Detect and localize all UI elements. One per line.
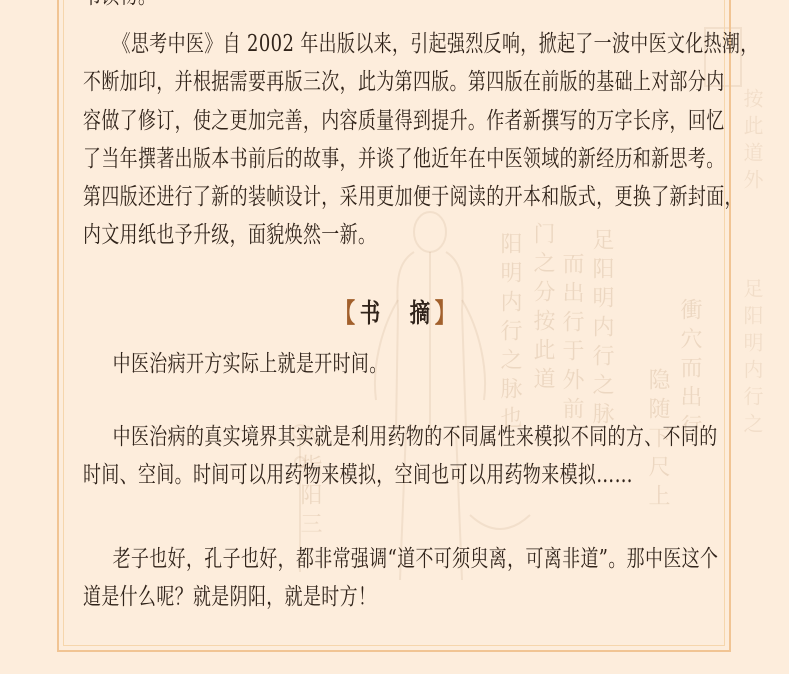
excerpt-quote-line: 时间、空间。时间可以用药物来模拟，空间也可以用药物来模拟…… — [83, 456, 712, 494]
intro-paragraph-line: 不断加印，并根据需要再版三次，此为第四版。第四版在前版的基础上对部分内 — [83, 63, 712, 101]
excerpt-quote-line: 中医治病的真实境界其实就是利用药物的不同属性来模拟不同的方、不同的 — [83, 418, 712, 456]
intro-paragraph-line: 容做了修订，使之更加完善，内容质量得到提升。作者新撰写的万字长序，回忆 — [83, 102, 712, 140]
excerpt-quote-line: 道是什么呢？就是阴阳，就是时方！ — [83, 578, 712, 616]
description-text-layer: 书读物。 《思考中医》自 2002 年出版以来，引起强烈反响，掀起了一波中医文化… — [0, 0, 789, 674]
intro-paragraph-line: 第四版还进行了新的装帧设计，采用更加便于阅读的开本和版式，更换了新封面， — [83, 178, 712, 216]
left-bracket-ornament: 【 — [335, 299, 360, 329]
intro-paragraph: 《思考中医》自 2002 年出版以来，引起强烈反响，掀起了一波中医文化热潮，不断… — [83, 25, 712, 255]
intro-paragraph-line: 内文用纸也予升级，面貌焕然一新。 — [83, 216, 712, 254]
section-header-book-excerpt: 【书 摘】 — [83, 295, 712, 333]
intro-paragraph-line: 了当年撰著出版本书前后的故事，并谈了他近年在中医领域的新经历和新思考。 — [83, 140, 712, 178]
excerpt-quote-1: 中医治病开方实际上就是开时间。 — [83, 345, 712, 383]
intro-paragraph-line: 《思考中医》自 2002 年出版以来，引起强烈反响，掀起了一波中医文化热潮， — [83, 25, 712, 63]
excerpt-quote-line: 老子也好，孔子也好，都非常强调“道不可须臾离，可离非道”。那中医这个 — [83, 540, 712, 578]
excerpt-quote-3: 老子也好，孔子也好，都非常强调“道不可须臾离，可离非道”。那中医这个道是什么呢？… — [83, 540, 712, 617]
section-title: 书 摘 — [360, 299, 435, 329]
previous-paragraph-tail: 书读物。 — [83, 0, 712, 15]
excerpt-quote-2: 中医治病的真实境界其实就是利用药物的不同属性来模拟不同的方、不同的时间、空间。时… — [83, 418, 712, 495]
excerpt-quote-line: 中医治病开方实际上就是开时间。 — [83, 345, 712, 383]
book-description-page: 阳明内行之脉也门之分按此道而出行于外前足阳明内行之脉隐随下尺上衝穴而出行按此道外… — [0, 0, 789, 674]
right-bracket-ornament: 】 — [435, 299, 460, 329]
